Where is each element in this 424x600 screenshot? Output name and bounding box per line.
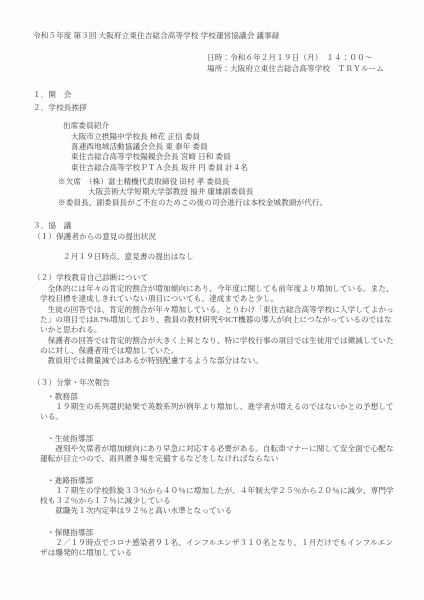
department-block-seito-shido: ・生徒指導部 遅刻や欠席者が増加傾向にあり早急に対応する必要がある。自転車マナー… xyxy=(33,434,394,465)
department-body: 遅刻や欠席者が増加傾向にあり早急に対応する必要がある。自転車マナーに関して安全面… xyxy=(40,444,394,465)
department-paragraph: １９期生の系列選択結果で英数系列が例年より増加し、進学者が増えるのではないかとの… xyxy=(40,402,394,423)
attendee-intro-label: 出席委員紹介 xyxy=(63,121,394,131)
department-body: １９期生の系列選択結果で英数系列が例年より増加し、進学者が増えるのではないかとの… xyxy=(40,402,394,423)
attendee-item: 東住吉総合高等学校陽親会会長 宮崎 日和 委員 xyxy=(71,152,394,162)
document-page: 令和５年度 第３回 大阪府立東住吉総合高等学校 学校運営協議会 議事録 日時：令… xyxy=(0,0,424,600)
meeting-datetime: 日時：令和６年２月１９日（月） １４：００～ xyxy=(207,53,394,63)
meeting-location: 場所：大阪府立東住吉総合高等学校 ＴＲＹルーム xyxy=(207,64,394,74)
agenda-item-2-paragraph: 教員用では微量減ではあるが特別配慮するような部分はない。 xyxy=(40,356,394,366)
agenda-item-2-paragraph: 保護者の回答では肯定的割合が大きく上昇となり、特に学校行事の項目では生徒用では微… xyxy=(40,336,394,357)
section-opening-heading: １．開 会 xyxy=(33,90,394,100)
absent-note: ※委員長、副委員長がご不在のためこの後の司会進行は本校金城教頭が代行。 xyxy=(58,198,394,208)
department-name: ・保健指導部 xyxy=(47,528,394,538)
department-name: ・生徒指導部 xyxy=(47,434,394,444)
absent-block: ※欠席 （株）富士精機代表取締役 田村 孝 委員長 大阪芸術大学短期大学部教授 … xyxy=(33,177,394,208)
attendee-list: 大阪市立摂陽中学校長 柿花 正信 委員 喜連西地域活動協議会会長 東 泰年 委員… xyxy=(71,132,394,173)
agenda-item-2-paragraph: 全体的には年々の肯定的割合が増加傾向にあり、今年度に関しても前年度より増加してい… xyxy=(40,284,394,305)
department-paragraph: ２／１９時点でコロナ感染者９１名、インフルエンザ３１０名となり、１月だけでもイン… xyxy=(40,538,394,559)
department-block-hoken-shido: ・保健指導部 ２／１９時点でコロナ感染者９１名、インフルエンザ３１０名となり、１… xyxy=(33,528,394,559)
agenda-item-1-body: ２月１９日時点、意見書の提出はなし xyxy=(63,252,394,262)
absent-chairman: ※欠席 （株）富士精機代表取締役 田村 孝 委員長 xyxy=(58,177,394,187)
attendee-item: 大阪市立摂陽中学校長 柿花 正信 委員 xyxy=(71,132,394,142)
department-paragraph: １７期生の学校斡旋３３％から４０％に増加したが、４年制大学２５％から２０％に減少… xyxy=(40,486,394,507)
department-name: ・進路指導部 xyxy=(47,476,394,486)
attendee-item: 東住吉総合高等学校ＰＴＡ会長 坂井 円 委員 計４名 xyxy=(71,163,394,173)
department-body: １７期生の学校斡旋３３％から４０％に増加したが、４年制大学２５％から２０％に減少… xyxy=(40,486,394,517)
agenda-item-2-heading: （２）学校教育自己診断について xyxy=(33,273,394,283)
absent-vice-chairman: 大阪芸術大学短期大学部教授 福井 康雄副委員長 xyxy=(88,187,394,197)
department-name: ・教務部 xyxy=(47,392,394,402)
agenda-item-2-paragraph: 生徒の回答では、肯定的割合が年々増加している。とりわけ「東住吉総合高等学校に入学… xyxy=(40,305,394,336)
attendee-item: 喜連西地域活動協議会会長 東 泰年 委員 xyxy=(71,142,394,152)
department-block-shinro-shido: ・進路指導部 １７期生の学校斡旋３３％から４０％に増加したが、４年制大学２５％か… xyxy=(33,476,394,517)
agenda-item-2-body: 全体的には年々の肯定的割合が増加傾向にあり、今年度に関しても前年度より増加してい… xyxy=(40,284,394,366)
department-paragraph: 就職先１次内定率は９２％と高い水準となっている xyxy=(40,506,394,516)
meeting-meta: 日時：令和６年２月１９日（月） １４：００～ 場所：大阪府立東住吉総合高等学校 … xyxy=(207,53,394,74)
agenda-item-1-heading: （１）保護者からの意見の提出状況 xyxy=(33,232,394,242)
department-body: ２／１９時点でコロナ感染者９１名、インフルエンザ３１０名となり、１月だけでもイン… xyxy=(40,538,394,559)
section-greeting-heading: ２．学校長挨拶 xyxy=(33,103,394,113)
agenda-item-3-heading: （３）分掌・年次報告 xyxy=(33,378,394,388)
department-paragraph: 遅刻や欠席者が増加傾向にあり早急に対応する必要がある。自転車マナーに関して安全面… xyxy=(40,444,394,465)
department-block-kyomu: ・教務部 １９期生の系列選択結果で英数系列が例年より増加し、進学者が増えるのでは… xyxy=(33,392,394,423)
section-discussion-heading: ３．協 議 xyxy=(33,221,394,231)
page-title: 令和５年度 第３回 大阪府立東住吉総合高等学校 学校運営協議会 議事録 xyxy=(33,31,394,41)
